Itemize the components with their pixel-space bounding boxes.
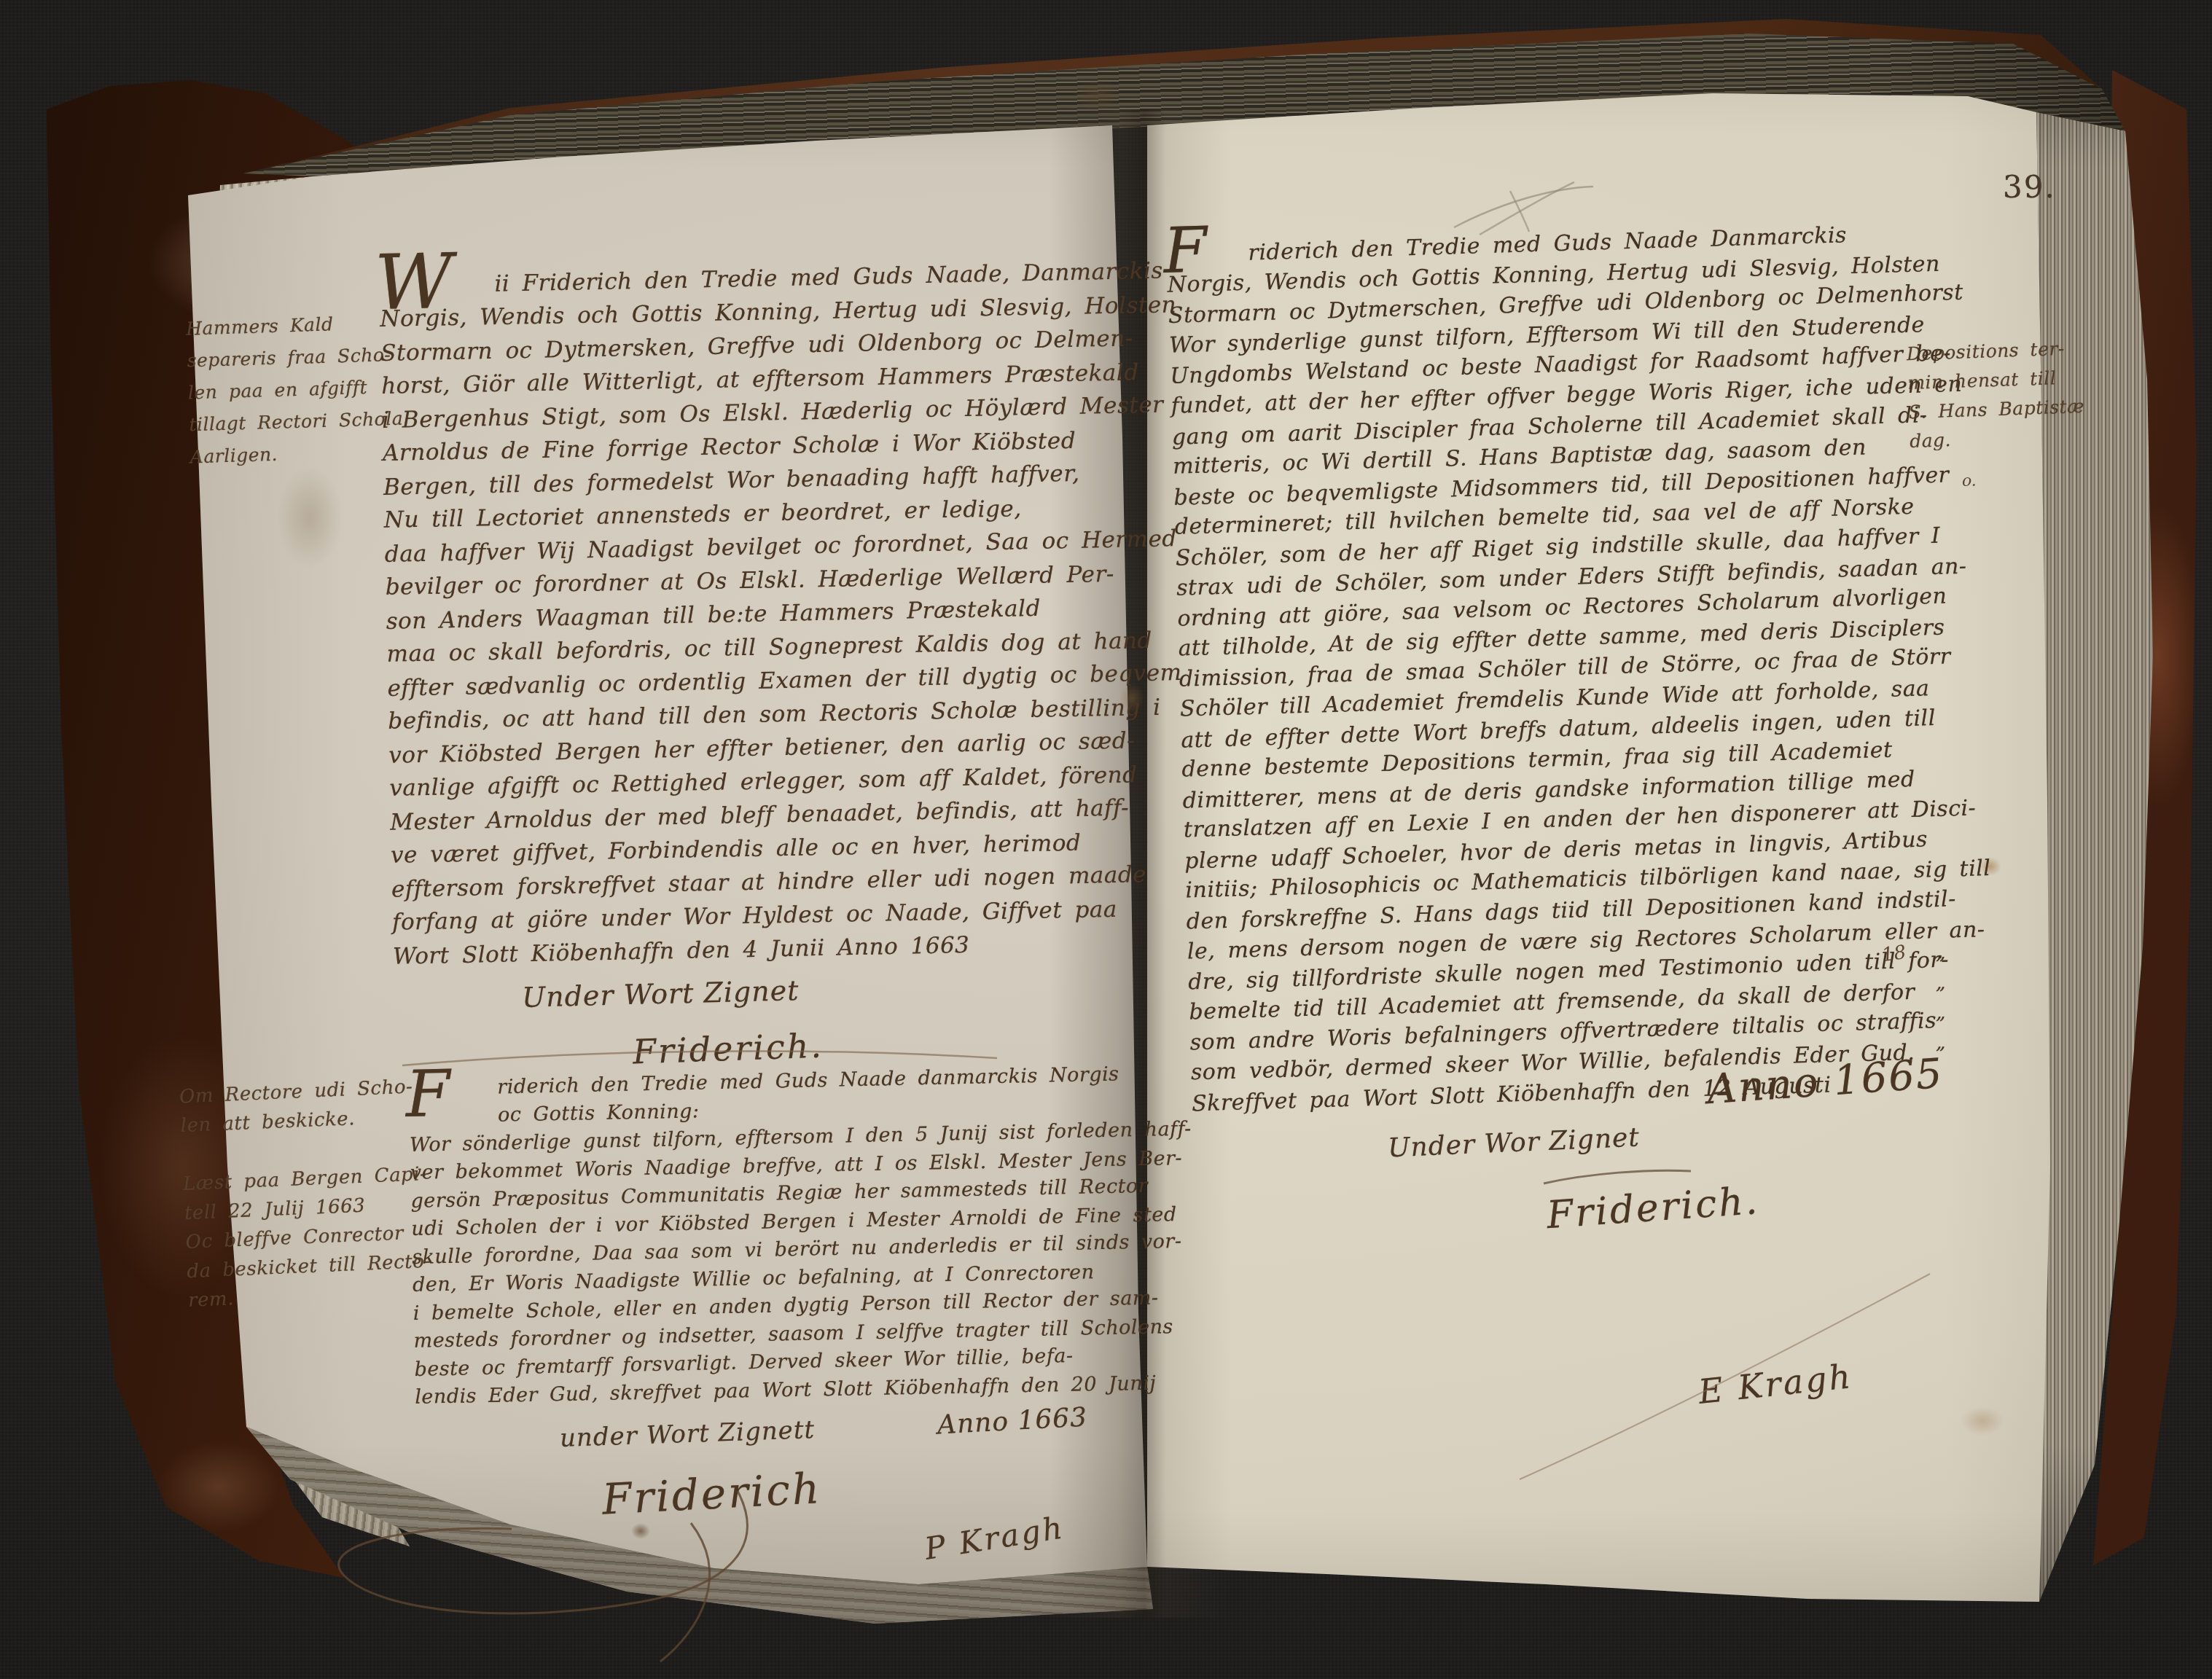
entry-body: riderich den Tredie med Guds Naade Danma… bbox=[1166, 217, 1986, 1119]
left-margin-note-hammers-kald: Hammers Kaldsepareris fraa Scho-len paa … bbox=[186, 306, 405, 473]
left-margin-note-om-rectore: Om Rectore udi Scho-len att beskicke. Læ… bbox=[179, 1072, 433, 1315]
royal-letter-1665-depositions: F riderich den Tredie med Guds Naade Dan… bbox=[1166, 217, 1986, 1119]
entry-body: riderich den Tredie med Guds Naade danma… bbox=[408, 1060, 1151, 1412]
manuscript-line: Aarligen. bbox=[189, 434, 405, 473]
manuscript-line: tillagt Rectori Schola bbox=[189, 403, 404, 442]
photograph-of-open-manuscript-book: Hammers Kaldsepareris fraa Scho-len paa … bbox=[0, 0, 2212, 1679]
entry-body: ii Friderich den Tredie med Guds Naade, … bbox=[379, 255, 1129, 974]
royal-signature-friderich: Friderich. bbox=[632, 1025, 824, 1071]
folio-number: 39. bbox=[2003, 169, 2056, 205]
manuscript-line: separeris fraa Scho- bbox=[187, 339, 402, 377]
royal-letter-1663-june: W ii Friderich den Tredie med Guds Naade… bbox=[379, 255, 1129, 974]
royal-letter-1663-rector: F riderich den Tredie med Guds Naade dan… bbox=[408, 1060, 1151, 1412]
